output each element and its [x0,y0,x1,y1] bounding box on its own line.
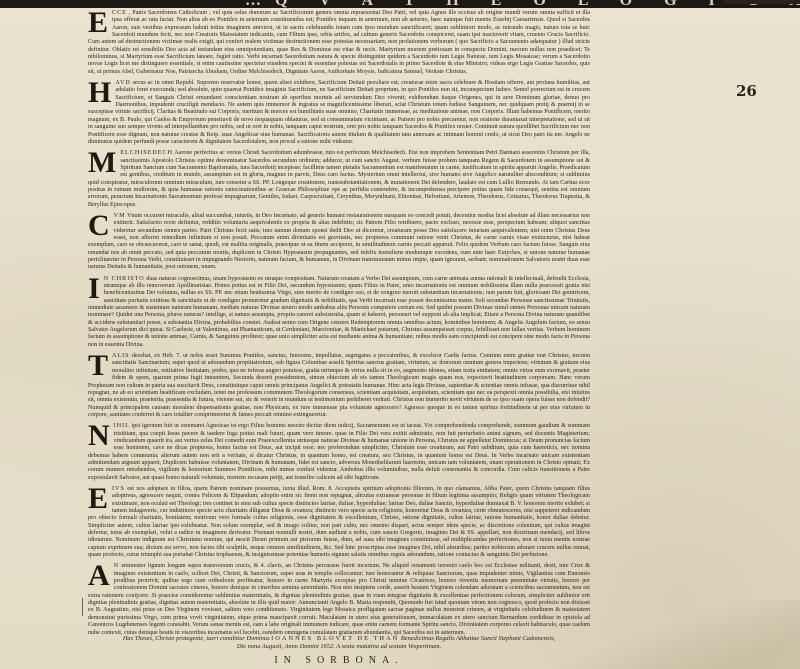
thesis-lead-word: CCE [112,10,127,16]
defender-name: IOANNES BLOVET DE THAN [271,635,399,642]
thesis-text: , Patris Sacerdotem Catholicum ; vel qui… [88,10,590,75]
thesis-paragraph: I N CHRISTO duas naturas cognoscimus, un… [88,276,590,349]
thesis-lead-word: AVD [115,80,130,86]
page-number: 26 [736,82,757,100]
cropped-header-title: …Q V A T H E O L O G I C A… [245,0,800,10]
dropcap-letter: M [88,151,116,175]
dedication-line-2: Die nona Augusti, Anno Domini 1652. A se… [88,643,590,651]
scanned-document-page: …Q V A T H E O L O G I C A… 26 E CCE , P… [0,0,800,669]
thesis-lead-word: ALIS [112,353,130,359]
location-line: IN SORBONA. [88,655,590,666]
theses-column: E CCE , Patris Sacerdotem Catholicum ; v… [88,10,590,641]
thesis-text: Vnum occurset miraculis, aliud succumbat… [88,213,590,270]
thesis-paragraph: M ELCHISEDECH Aarone perfectius ac veriu… [88,150,590,209]
thesis-paragraph: H AVD secus ac in omni Republ. Supremo r… [88,80,590,146]
paper-fold-shadow [560,600,800,669]
thesis-paragraph: E CCE , Patris Sacerdotem Catholicum ; v… [88,10,590,76]
thesis-paragraph: N IHIL ipsi ignotum fuit ut ostentaret A… [88,423,590,482]
dropcap-letter: E [88,11,108,35]
dedication-prefix: Has Theses, Christo protegente, tueri co… [123,635,270,642]
dedication-block: Has Theses, Christo protegente, tueri co… [88,635,590,651]
thesis-text: est nos adoptare in filios, quem Patrem … [88,486,590,558]
thesis-text: Aarone perfectius ac verius Christi Sace… [88,150,590,207]
dropcap-letter: I [88,277,100,301]
thesis-text: secus ac in omni Republ. Supremo reserva… [88,80,590,145]
dropcap-letter: H [88,81,111,105]
margin-mark [82,598,83,616]
thesis-text: decebat, ex Heb. 7. ut nobis esset Summu… [88,353,590,418]
dropcap-letter: T [88,354,108,378]
dropcap-letter: C [88,214,110,238]
thesis-text: ipsi ignotum fuit ut ostentaret Agnoicae… [88,423,590,480]
thesis-lead-word: ELCHISEDECH [120,150,173,156]
thesis-paragraph: C VM Vnum occurset miraculis, aliud succ… [88,213,590,272]
thesis-lead-word: N [114,563,119,569]
dedication-line-1: Has Theses, Christo protegente, tueri co… [88,635,590,643]
thesis-lead-word: N CHRISTO [104,276,145,282]
thesis-paragraph: A N eminenter lignum longam supra transv… [88,563,590,636]
thesis-text: duas naturas cognoscimus, unam hypostasi… [88,276,590,348]
dedication-suffix: Benedictinus Regalis Abbatiae Sancti Ste… [401,635,555,642]
thesis-text: eminenter lignum longam supra transversu… [88,563,590,635]
dropcap-letter: N [88,424,110,448]
thesis-lead-word: IHIL [114,423,130,429]
thesis-lead-word: VM [114,213,126,219]
dropcap-letter: A [88,564,110,588]
thesis-paragraph: T ALIS decebat, ex Heb. 7. ut nobis esse… [88,353,590,419]
thesis-lead-word: IVS [112,486,125,492]
top-dark-band: …Q V A T H E O L O G I C A… [0,0,800,8]
dropcap-letter: E [88,487,108,511]
page-edge-shadow [724,0,800,4]
thesis-paragraph: E IVS est nos adoptare in filios, quem P… [88,486,590,559]
